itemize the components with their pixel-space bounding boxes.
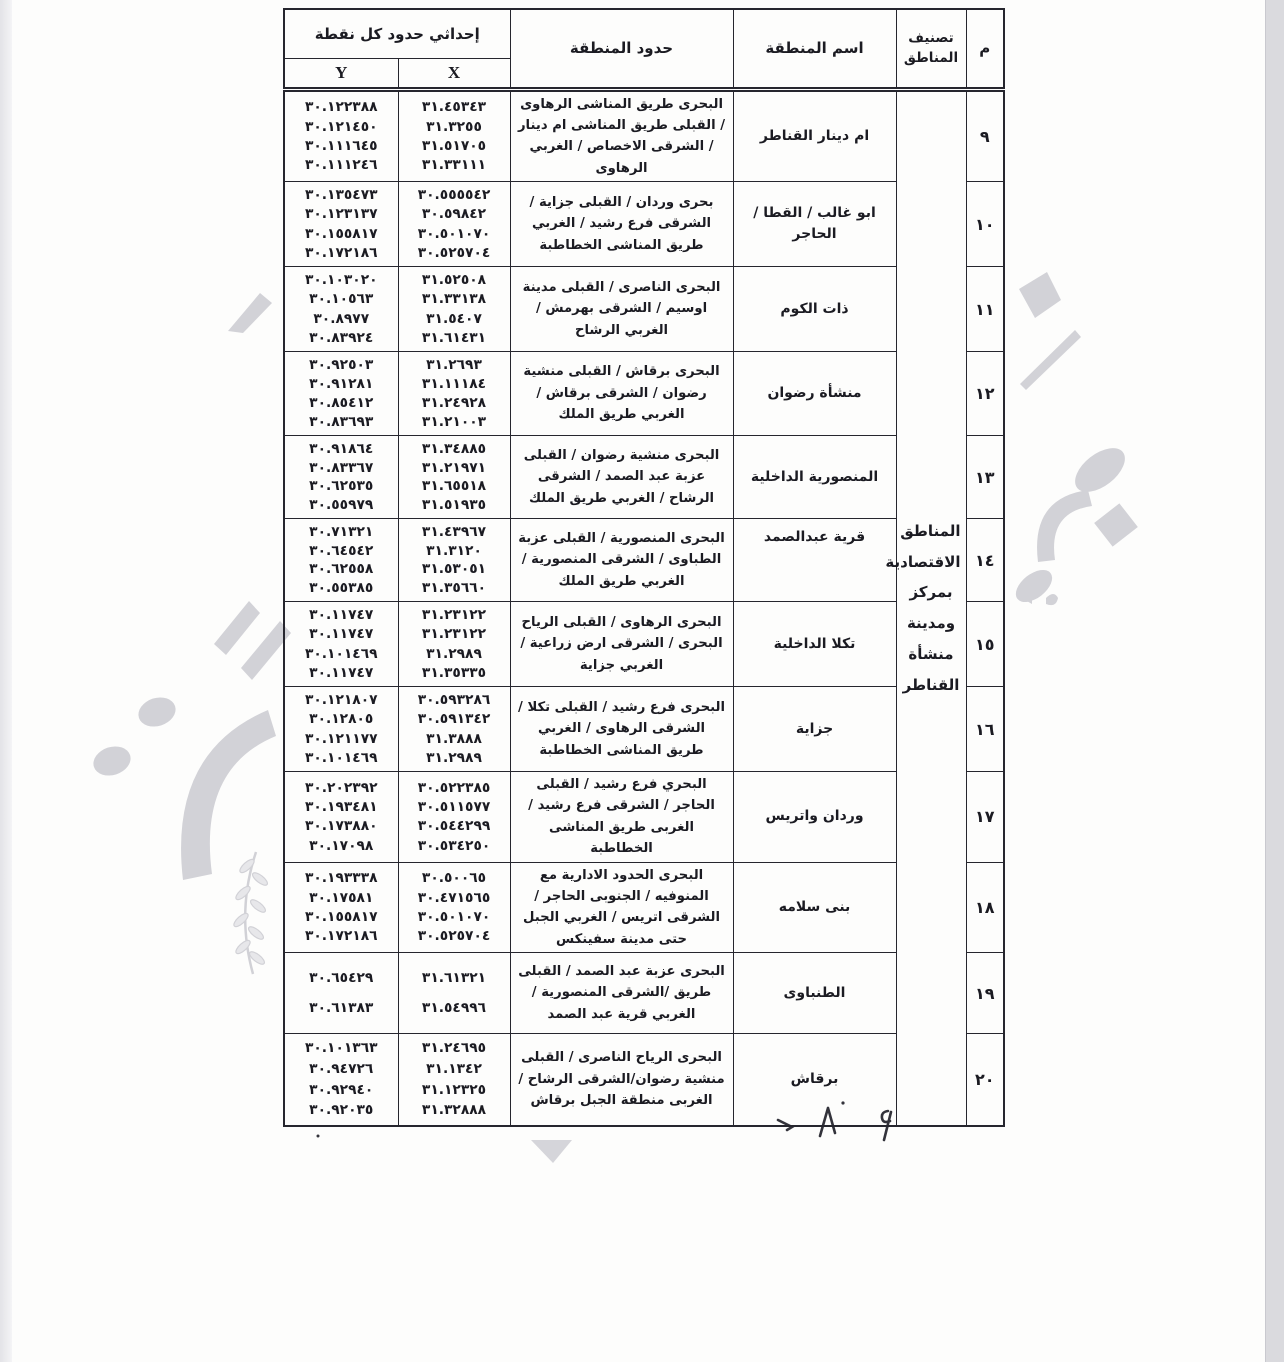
y-coordinates: ٣٠.٩١٨٦٤٣٠.٨٣٣٦٧٣٠.٦٢٥٣٥٣٠.٥٥٩٧٩ xyxy=(284,436,398,519)
x-coordinates: ٣١.٢٤٦٩٥٣١.١٣٤٢٣١.١٢٣٢٥٣١.٣٢٨٨٨ xyxy=(398,1034,510,1126)
scanned-document-page: { "colors": { "border": "#26262e", "text… xyxy=(0,0,1284,1362)
zones-coordinates-table: م تصنيف المناطق اسم المنطقة حدود المنطقة… xyxy=(283,8,1005,1127)
area-name: ام دينار القناطر xyxy=(733,89,896,182)
x-coordinates: ٣١.٤٥٣٤٣٣١.٣٢٥٥٣١.٥١٧٠٥٣١.٣٣١١١ xyxy=(398,89,510,182)
x-coordinates: ٣٠.٥٥٥٥٤٢٣٠.٥٩٨٤٢٣٠.٥٠١٠٧٠٣٠.٥٢٥٧٠٤ xyxy=(398,182,510,267)
area-boundaries: البحرى فرع رشيد / القبلى تكلا / الشرقى ا… xyxy=(510,687,733,772)
area-boundaries: البحري فرع رشيد / القبلى الحاجر / الشرقى… xyxy=(510,772,733,863)
x-coordinates: ٣١.٤٣٩٦٧٣١.٣١٢٠٣١.٥٣٠٥١٣١.٣٥٦٦٠ xyxy=(398,519,510,602)
table-row: ١٣ المنصورية الداخلية البحرى منشية رضوان… xyxy=(284,436,1004,519)
area-boundaries: البحرى الرهاوى / القبلى الرياح البحرى / … xyxy=(510,602,733,687)
column-header-area-name: اسم المنطقة xyxy=(733,9,896,89)
x-coordinates: ٣١.٥٢٥٠٨٣١.٣٣١٣٨٣١.٥٤٠٧٣١.٦١٤٣١ xyxy=(398,267,510,352)
area-boundaries: البحرى الناصرى / القبلى مدينة اوسيم / ال… xyxy=(510,267,733,352)
y-coordinates: ٣٠.١٢٢٣٨٨٣٠.١٢١٤٥٠٣٠.١١١٦٤٥٣٠.١١١٢٤٦ xyxy=(284,89,398,182)
y-coordinates: ٣٠.١٣٥٤٧٣٣٠.١٢٣١٣٧٣٠.١٥٥٨١٧٣٠.١٧٢١٨٦ xyxy=(284,182,398,267)
area-boundaries: البحرى عزبة عبد الصمد / القبلى طريق /الش… xyxy=(510,953,733,1034)
calligraphy-watermark-right xyxy=(1010,272,1138,608)
y-coordinates: ٣٠.٩٢٥٠٣٣٠.٩١٢٨١٣٠.٨٥٤١٢٣٠.٨٣٦٩٣ xyxy=(284,352,398,436)
x-coordinates: ٣١.٢٦٩٣٣١.١١١٨٤٣١.٢٤٩٢٨٣١.٢١٠٠٣ xyxy=(398,352,510,436)
x-coordinates: ٣١.٣٤٨٨٥٣١.٢١٩٧١٣١.٦٥٥١٨٣١.٥١٩٣٥ xyxy=(398,436,510,519)
table-row: ١٧ وردان واتريس البحري فرع رشيد / القبلى… xyxy=(284,772,1004,863)
smudge-watermark-bottom xyxy=(531,1140,572,1163)
x-coordinates: ٣٠.٥٢٢٣٨٥٣٠.٥١١٥٧٧٣٠.٥٤٤٢٩٩٣٠.٥٣٤٢٥٠ xyxy=(398,772,510,863)
y-coordinates: ٣٠.١٠١٣٦٣٣٠.٩٤٧٢٦٣٠.٩٢٩٤٠٣٠.٩٢٠٣٥ xyxy=(284,1034,398,1126)
area-boundaries: البحرى المنصورية / القبلى عزبة الطباوى /… xyxy=(510,519,733,602)
x-coordinates: ٣١.٢٣١٢٢٣١.٢٣١٢٢٣١.٢٩٨٩٣١.٣٥٣٣٥ xyxy=(398,602,510,687)
row-serial: ١٦ xyxy=(966,687,1004,772)
y-coordinates: ٣٠.٦٥٤٢٩٣٠.٦١٣٨٣ xyxy=(284,953,398,1034)
area-boundaries: البحرى الرياح الناصرى / القبلى منشية رضو… xyxy=(510,1034,733,1126)
row-serial: ١٢ xyxy=(966,352,1004,436)
x-coordinates: ٣٠.٥٩٣٢٨٦٣٠.٥٩١٣٤٢٣١.٣٨٨٨٣١.٢٩٨٩ xyxy=(398,687,510,772)
area-name: جزاية xyxy=(733,687,896,772)
y-coordinates: ٣٠.٢٠٢٣٩٢٣٠.١٩٣٤٨١٣٠.١٧٣٨٨٠٣٠.١٧٠٩٨ xyxy=(284,772,398,863)
y-coordinates: ٣٠.١٢١٨٠٧٣٠.١٢٨٠٥٣٠.١٢١١٧٧٣٠.١٠١٤٦٩ xyxy=(284,687,398,772)
table-row: ٢٠ برقاش البحرى الرياح الناصرى / القبلى … xyxy=(284,1034,1004,1126)
area-boundaries: البحرى طريق المناشى الرهاوى / القبلى طري… xyxy=(510,89,733,182)
table-row: ٩ المناطق الاقتصادية بمركز ومدينة منشأة … xyxy=(284,89,1004,182)
row-serial: ٢٠ xyxy=(966,1034,1004,1126)
area-boundaries: البحرى الحدود الادارية مع المنوفيه / الج… xyxy=(510,862,733,953)
y-coordinates: ٣٠.١٩٣٣٣٨٣٠.١٧٥٨١٣٠.١٥٥٨١٧٣٠.١٧٢١٨٦ xyxy=(284,862,398,953)
area-boundaries: البحرى برقاش / القبلى منشية رضوان / الشر… xyxy=(510,352,733,436)
row-serial: ١٥ xyxy=(966,602,1004,687)
column-header-x: X xyxy=(398,58,510,89)
row-serial: ١٣ xyxy=(966,436,1004,519)
y-coordinates: ٣٠.١١٧٤٧٣٠.١١٧٤٧٣٠.١٠١٤٦٩٣٠.١١٧٤٧ xyxy=(284,602,398,687)
x-coordinates: ٣١.٦١٣٢١٣١.٥٤٩٩٦ xyxy=(398,953,510,1034)
area-name: ابو غالب / القطا / الحاجر xyxy=(733,182,896,267)
area-name: تكلا الداخلية xyxy=(733,602,896,687)
area-boundaries: البحرى منشية رضوان / القبلى عزبة عبد الص… xyxy=(510,436,733,519)
seal-watermark-left xyxy=(90,293,291,880)
column-header-classification: تصنيف المناطق xyxy=(896,9,966,89)
row-serial: ١٤ xyxy=(966,519,1004,602)
area-name: قرية عبدالصمد xyxy=(733,519,896,602)
area-name: منشأة رضوان xyxy=(733,352,896,436)
table-row: ١٢ منشأة رضوان البحرى برقاش / القبلى منش… xyxy=(284,352,1004,436)
row-serial: ١٠ xyxy=(966,182,1004,267)
column-header-y: Y xyxy=(284,58,398,89)
laurel-branch-watermark xyxy=(232,852,269,974)
row-serial: ١٩ xyxy=(966,953,1004,1034)
table-row: ١٩ الطنباوى البحرى عزبة عبد الصمد / القب… xyxy=(284,953,1004,1034)
table-row: ١٠ ابو غالب / القطا / الحاجر بحرى وردان … xyxy=(284,182,1004,267)
column-header-boundaries: حدود المنطقة xyxy=(510,9,733,89)
y-coordinates: ٣٠.١٠٣٠٢٠٣٠.١٠٥٦٣٣٠.٨٩٧٧٣٠.٨٣٩٢٤ xyxy=(284,267,398,352)
classification-merged-cell: المناطق الاقتصادية بمركز ومدينة منشأة ال… xyxy=(896,89,966,1126)
area-boundaries: بحرى وردان / القبلى جزاية / الشرقى فرع ر… xyxy=(510,182,733,267)
column-header-coordinates: إحداثي حدود كل نقطة xyxy=(284,9,510,58)
area-name: الطنباوى xyxy=(733,953,896,1034)
table-row: ١٥ تكلا الداخلية البحرى الرهاوى / القبلى… xyxy=(284,602,1004,687)
row-serial: ٩ xyxy=(966,89,1004,182)
area-name: المنصورية الداخلية xyxy=(733,436,896,519)
table-row: ١٦ جزاية البحرى فرع رشيد / القبلى تكلا /… xyxy=(284,687,1004,772)
row-serial: ١٨ xyxy=(966,862,1004,953)
table-row: ١٨ بنى سلامه البحرى الحدود الادارية مع ا… xyxy=(284,862,1004,953)
y-coordinates: ٣٠.٧١٣٢١٣٠.٦٤٥٤٢٣٠.٦٢٥٥٨٣٠.٥٥٣٨٥ xyxy=(284,519,398,602)
row-serial: ١١ xyxy=(966,267,1004,352)
area-name: وردان واتريس xyxy=(733,772,896,863)
area-name: برقاش xyxy=(733,1034,896,1126)
column-header-serial: م xyxy=(966,9,1004,89)
area-name: ذات الكوم xyxy=(733,267,896,352)
area-name: بنى سلامه xyxy=(733,862,896,953)
table-row: ١١ ذات الكوم البحرى الناصرى / القبلى مدي… xyxy=(284,267,1004,352)
row-serial: ١٧ xyxy=(966,772,1004,863)
x-coordinates: ٣٠.٥٠٠٦٥٣٠.٤٧١٥٦٥٣٠.٥٠١٠٧٠٣٠.٥٢٥٧٠٤ xyxy=(398,862,510,953)
